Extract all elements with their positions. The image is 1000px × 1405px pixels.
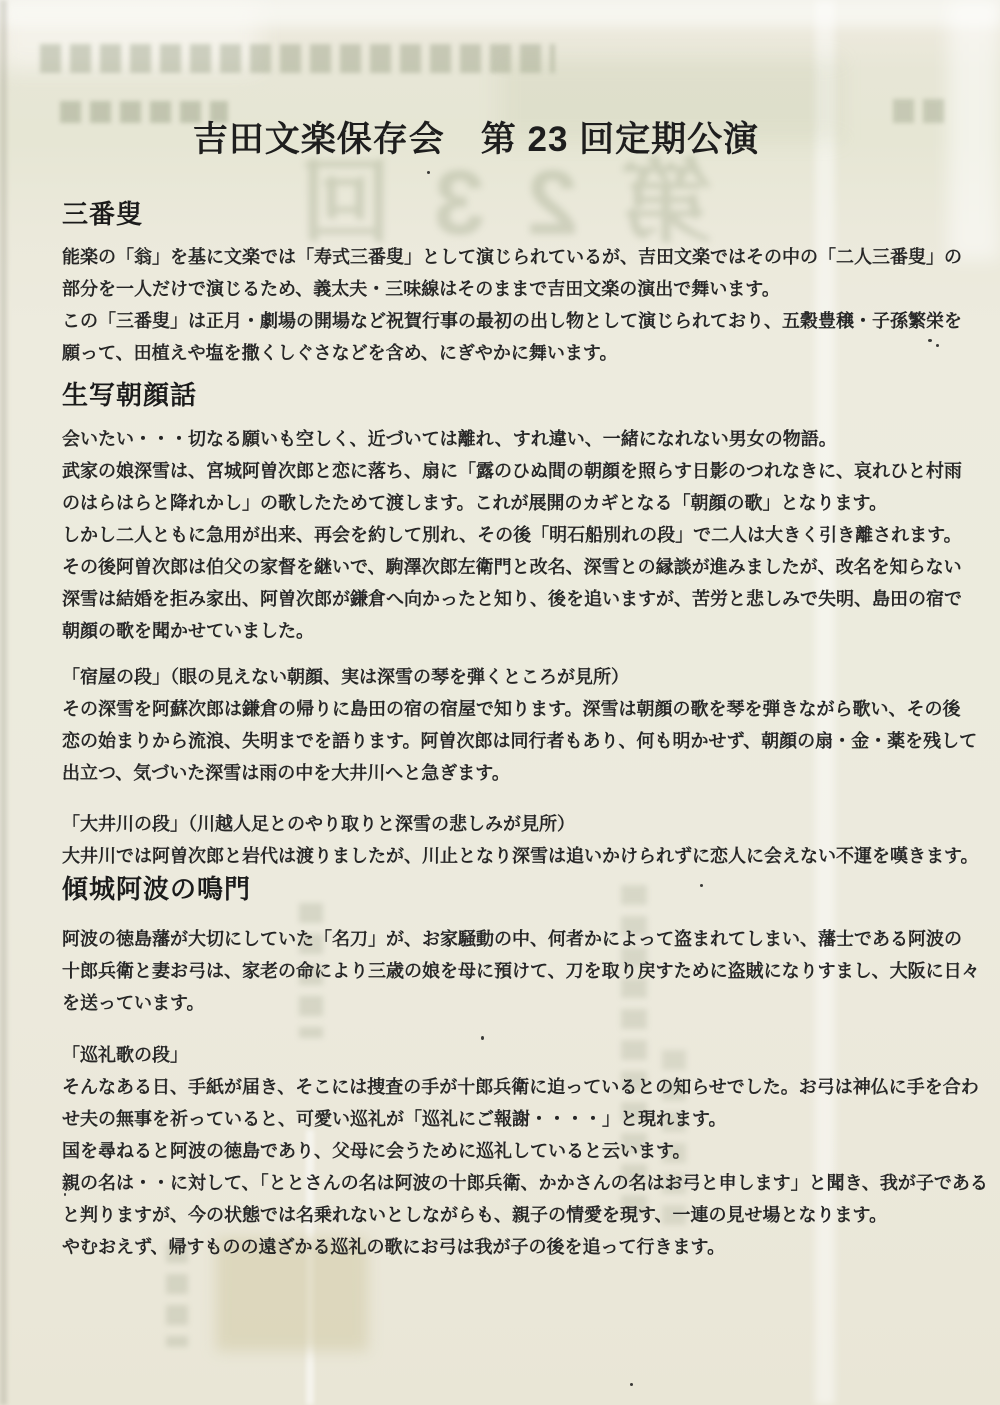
section-heading-sanbaso: 三番叟 (62, 201, 143, 227)
scan-speckle (700, 884, 703, 887)
paragraph-asagao-intro: 会いたい・・・切なる願いも空しく、近づいては離れ、すれ違い、一緒になれない男女の… (62, 423, 992, 647)
paragraph-yadoya-scene: 「宿屋の段」（眼の見えない朝顔、実は深雪の琴を弾くところが見所） その深雪を阿蘇… (62, 661, 992, 789)
paragraph-keisei-intro: 阿波の徳島藩が大切にしていた「名刀」が、お家騒動の中、何者かによって盗まれてしま… (62, 923, 992, 1019)
paragraph-junreiuta-scene: 「巡礼歌の段」 そんなある日、手紙が届き、そこには捜査の手が十郎兵衛に迫っている… (62, 1039, 992, 1263)
page-title: 吉田文楽保存会 第 23 回定期公演 (0, 112, 1000, 162)
section-heading-asagao: 生写朝顔話 (62, 382, 197, 408)
section-heading-keisei-awa-naruto: 傾城阿波の鳴門 (62, 876, 251, 902)
paragraph-sanbaso: 能楽の「翁」を基に文楽では「寿式三番叟」として演じられているが、吉田文楽ではその… (62, 241, 992, 369)
bleedthrough-text-row (40, 44, 555, 73)
scan-speckle (630, 1383, 633, 1386)
paper-highlight (0, 0, 260, 70)
paper-edge-left (0, 0, 7, 1405)
paragraph-oigawa-scene: 「大井川の段」（川越人足とのやり取りと深雪の悲しみが見所） 大井川では阿曽次郎と… (62, 808, 992, 872)
scan-speckle (427, 171, 430, 174)
scanned-program-page: 第23回 吉田文楽保存会 第 23 回定期公演 三番叟 能楽の「翁」を基に文楽で… (0, 0, 1000, 1405)
paper-edge-top (0, 0, 1000, 26)
